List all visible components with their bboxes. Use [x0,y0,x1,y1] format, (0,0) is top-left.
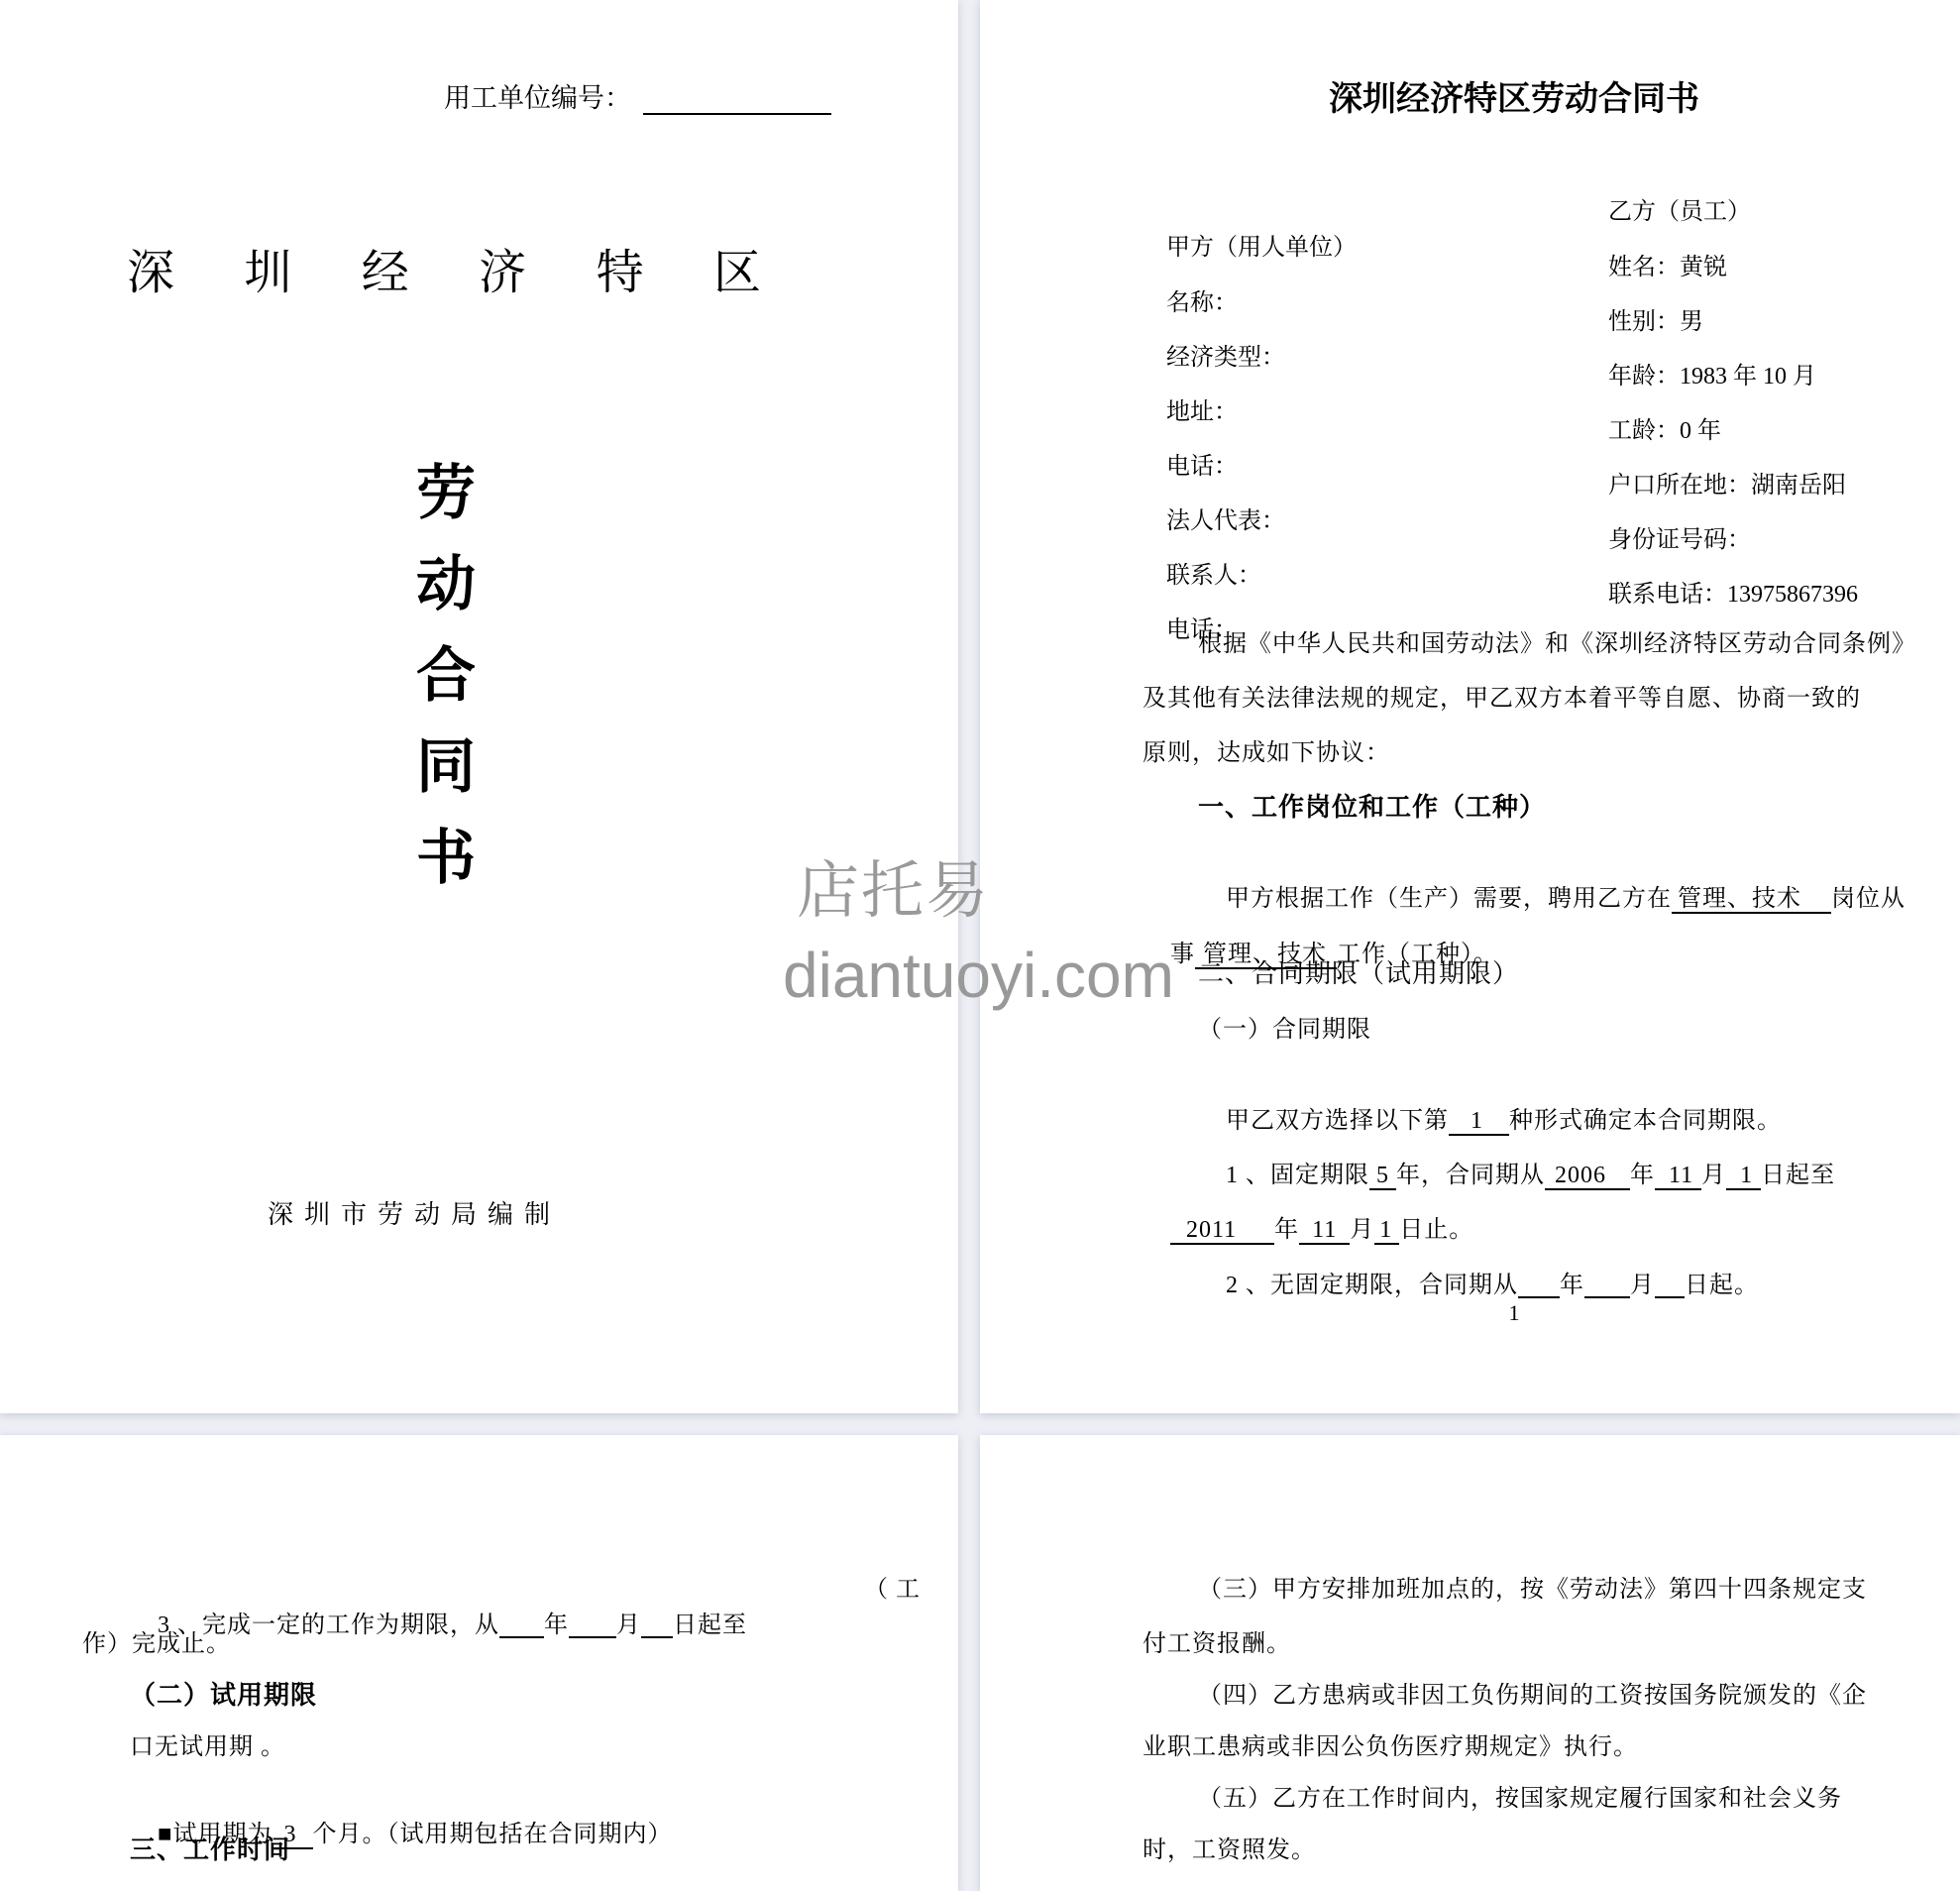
page-number: 1 [1143,1300,1886,1326]
blank-underline [1584,1268,1630,1298]
employee-name-value: 姓名：黄锐 [1608,250,1727,285]
region-char: 经 [362,246,409,301]
start-day-fill: 1 [1726,1163,1761,1190]
clause-line: 时，工资照发。 [1143,1833,1316,1868]
intro-line: 原则，达成如下协议： [1143,735,1390,771]
seniority-value: 工龄：0 年 [1608,413,1721,449]
job-position-fill: 管理、技术 [1672,886,1831,914]
work-term-wrap: （ 工 [864,1572,921,1608]
trial-period-heading: （二）试用期限 [130,1678,317,1714]
start-year-fill: 2006 [1545,1163,1630,1190]
cover-title-char: 同 [0,722,892,813]
cover-title-char: 书 [0,813,892,904]
clause-line: 业职工患病或非因公负伤医疗期规定》执行。 [1143,1729,1638,1765]
blank-underline [641,1608,673,1638]
contract-title: 深圳经济特区劳动合同书 [1143,71,1886,120]
section-1-heading: 一、工作岗位和工作（工种） [1198,790,1546,826]
blank-underline [569,1608,616,1638]
work-term-line-2: 作）完成止。 [82,1626,231,1662]
contract-page-1: 深圳经济特区劳动合同书 甲方（用人单位） 乙方（员工） 名称： 姓名：黄锐 经济… [980,0,1960,1413]
issuer-line: 深圳市劳动局编制 [0,1194,828,1231]
cover-title-vertical: 劳 动 合 同 书 [0,448,892,904]
age-value: 年龄：1983 年 10 月 [1608,359,1816,394]
contract-page-2-left: 3 、完成一定的工作为期限，从年月日起至 （ 工 作）完成止。 （二）试用期限 … [0,1435,958,1891]
section-2-heading: 二、合同期限（试用期限） [1198,956,1519,992]
cover-page: 用工单位编号： 深 圳 经 济 特 区 劳 动 合 同 书 深圳市劳动局编制 [0,0,958,1413]
region-char: 区 [713,246,761,301]
start-month-fill: 11 [1655,1163,1701,1190]
contract-page-2-right: （三）甲方安排加班加点的，按《劳动法》第四十四条规定支 付工资报酬。 （四）乙方… [980,1435,1960,1891]
no-trial-option: 口无试用期 。 [130,1729,285,1765]
region-char: 特 [597,246,644,301]
clause-line: （三）甲方安排加班加点的，按《劳动法》第四十四条规定支 [1198,1572,1867,1608]
employer-number-label: 用工单位编号： [444,81,631,115]
id-number-label: 身份证号码： [1608,522,1751,558]
blank-underline [1655,1268,1685,1298]
cover-title-char: 动 [0,539,892,630]
watermark-domain: diantuoyi.com [783,944,1174,1007]
cover-title-char: 劳 [0,448,892,539]
clause-line: （五）乙方在工作时间内，按国家规定履行国家和社会义务 [1198,1781,1842,1817]
employer-number-row: 用工单位编号： [444,79,831,115]
party-b-heading: 乙方（员工） [1608,194,1751,230]
worktime-heading: 三、工作时间 [130,1833,290,1868]
subsection-1-heading: （一）合同期限 [1198,1012,1371,1048]
clause-line: 付工资报酬。 [1143,1626,1291,1662]
region-char: 深 [127,246,174,301]
gender-value: 性别：男 [1608,304,1703,340]
cover-title-char: 合 [0,630,892,722]
intro-line: 及其他有关法律法规的规定，甲乙双方本着平等自愿、协商一致的 [1143,681,1861,717]
watermark-text-cn: 店托易 [797,860,990,923]
blank-underline [1518,1268,1560,1298]
blank-underline [499,1608,544,1638]
contact-phone-value: 联系电话：13975867396 [1608,577,1858,612]
intro-line: 根据《中华人民共和国劳动法》和《深圳经济特区劳动合同条例》 [1198,626,1916,662]
region-heading: 深 圳 经 济 特 区 [127,246,761,301]
region-char: 济 [479,246,526,301]
work-term-line: 3 、完成一定的工作为期限，从年月日起至 [130,1572,747,1679]
blank-underline [643,79,831,115]
registered-residence-value: 户口所在地：湖南岳阳 [1608,468,1846,503]
clause-line: （四）乙方患病或非因工负伤期间的工资按国务院颁发的《企 [1198,1678,1867,1714]
region-char: 圳 [244,246,291,301]
